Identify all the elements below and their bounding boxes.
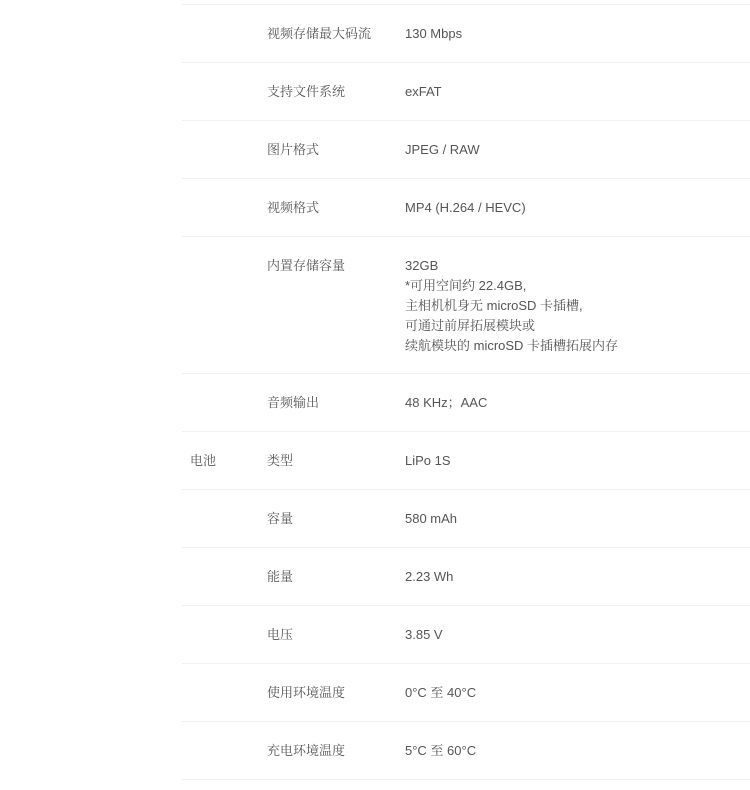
spec-value: 580 mAh	[405, 509, 457, 529]
spec-value-line: 续航模块的 microSD 卡插槽拓展内存	[405, 336, 618, 356]
spec-key: 视频格式	[267, 200, 319, 216]
spec-key: 使用环境温度	[267, 685, 345, 701]
spec-value-line: 130 Mbps	[405, 24, 462, 44]
spec-value-line: 3.85 V	[405, 625, 443, 645]
spec-value: 130 Mbps	[405, 24, 462, 44]
spec-value-line: LiPo 1S	[405, 451, 451, 471]
spec-value-line: 0°C 至 40°C	[405, 683, 476, 703]
spec-key: 支持文件系统	[267, 84, 345, 100]
spec-row-audio-output: 音频输出 48 KHz；AAC	[182, 374, 750, 432]
spec-value-line: 580 mAh	[405, 509, 457, 529]
spec-value: MP4 (H.264 / HEVC)	[405, 198, 526, 218]
spec-row-operating-temp: 使用环境温度 0°C 至 40°C	[182, 664, 750, 722]
spec-row-battery-energy: 能量 2.23 Wh	[182, 548, 750, 606]
spec-value: JPEG / RAW	[405, 140, 480, 160]
spec-row-internal-storage: 内置存储容量 32GB *可用空间约 22.4GB, 主相机机身无 microS…	[182, 237, 750, 374]
spec-value-line: MP4 (H.264 / HEVC)	[405, 198, 526, 218]
spec-row-charging-temp: 充电环境温度 5°C 至 60°C	[182, 722, 750, 780]
spec-row-photo-format: 图片格式 JPEG / RAW	[182, 121, 750, 179]
spec-row-max-bitrate: 视频存储最大码流 130 Mbps	[182, 5, 750, 63]
spec-key: 电压	[267, 627, 293, 643]
spec-value-line: JPEG / RAW	[405, 140, 480, 160]
spec-row-video-format: 视频格式 MP4 (H.264 / HEVC)	[182, 179, 750, 237]
spec-key: 能量	[267, 569, 293, 585]
spec-category-battery: 电池	[190, 453, 216, 469]
spec-value: 32GB *可用空间约 22.4GB, 主相机机身无 microSD 卡插槽, …	[405, 256, 618, 356]
spec-key: 充电环境温度	[267, 743, 345, 759]
spec-value: 2.23 Wh	[405, 567, 453, 587]
spec-key: 视频存储最大码流	[267, 26, 371, 42]
spec-key: 内置存储容量	[267, 258, 345, 274]
spec-row-file-system: 支持文件系统 exFAT	[182, 63, 750, 121]
spec-row-battery-type: 电池 类型 LiPo 1S	[182, 432, 750, 490]
spec-value: 0°C 至 40°C	[405, 683, 476, 703]
spec-key: 图片格式	[267, 142, 319, 158]
spec-value-line: 可通过前屏拓展模块或	[405, 316, 618, 336]
spec-row-battery-voltage: 电压 3.85 V	[182, 606, 750, 664]
spec-value-line: 主相机机身无 microSD 卡插槽,	[405, 296, 618, 316]
spec-value: exFAT	[405, 82, 442, 102]
spec-value-line: exFAT	[405, 82, 442, 102]
spec-value-line: *可用空间约 22.4GB,	[405, 276, 618, 296]
spec-value: 5°C 至 60°C	[405, 741, 476, 761]
spec-value-line: 48 KHz；AAC	[405, 393, 487, 413]
spec-value: 3.85 V	[405, 625, 443, 645]
spec-value-line: 32GB	[405, 256, 618, 276]
spec-value: LiPo 1S	[405, 451, 451, 471]
spec-row-battery-capacity: 容量 580 mAh	[182, 490, 750, 548]
spec-key: 容量	[267, 511, 293, 527]
spec-value: 48 KHz；AAC	[405, 393, 487, 413]
spec-value-line: 2.23 Wh	[405, 567, 453, 587]
spec-value-line: 5°C 至 60°C	[405, 741, 476, 761]
spec-key: 音频输出	[267, 395, 319, 411]
spec-key: 类型	[267, 453, 293, 469]
spec-table: 视频存储最大码流 130 Mbps 支持文件系统 exFAT 图片格式 JPEG…	[182, 4, 750, 780]
